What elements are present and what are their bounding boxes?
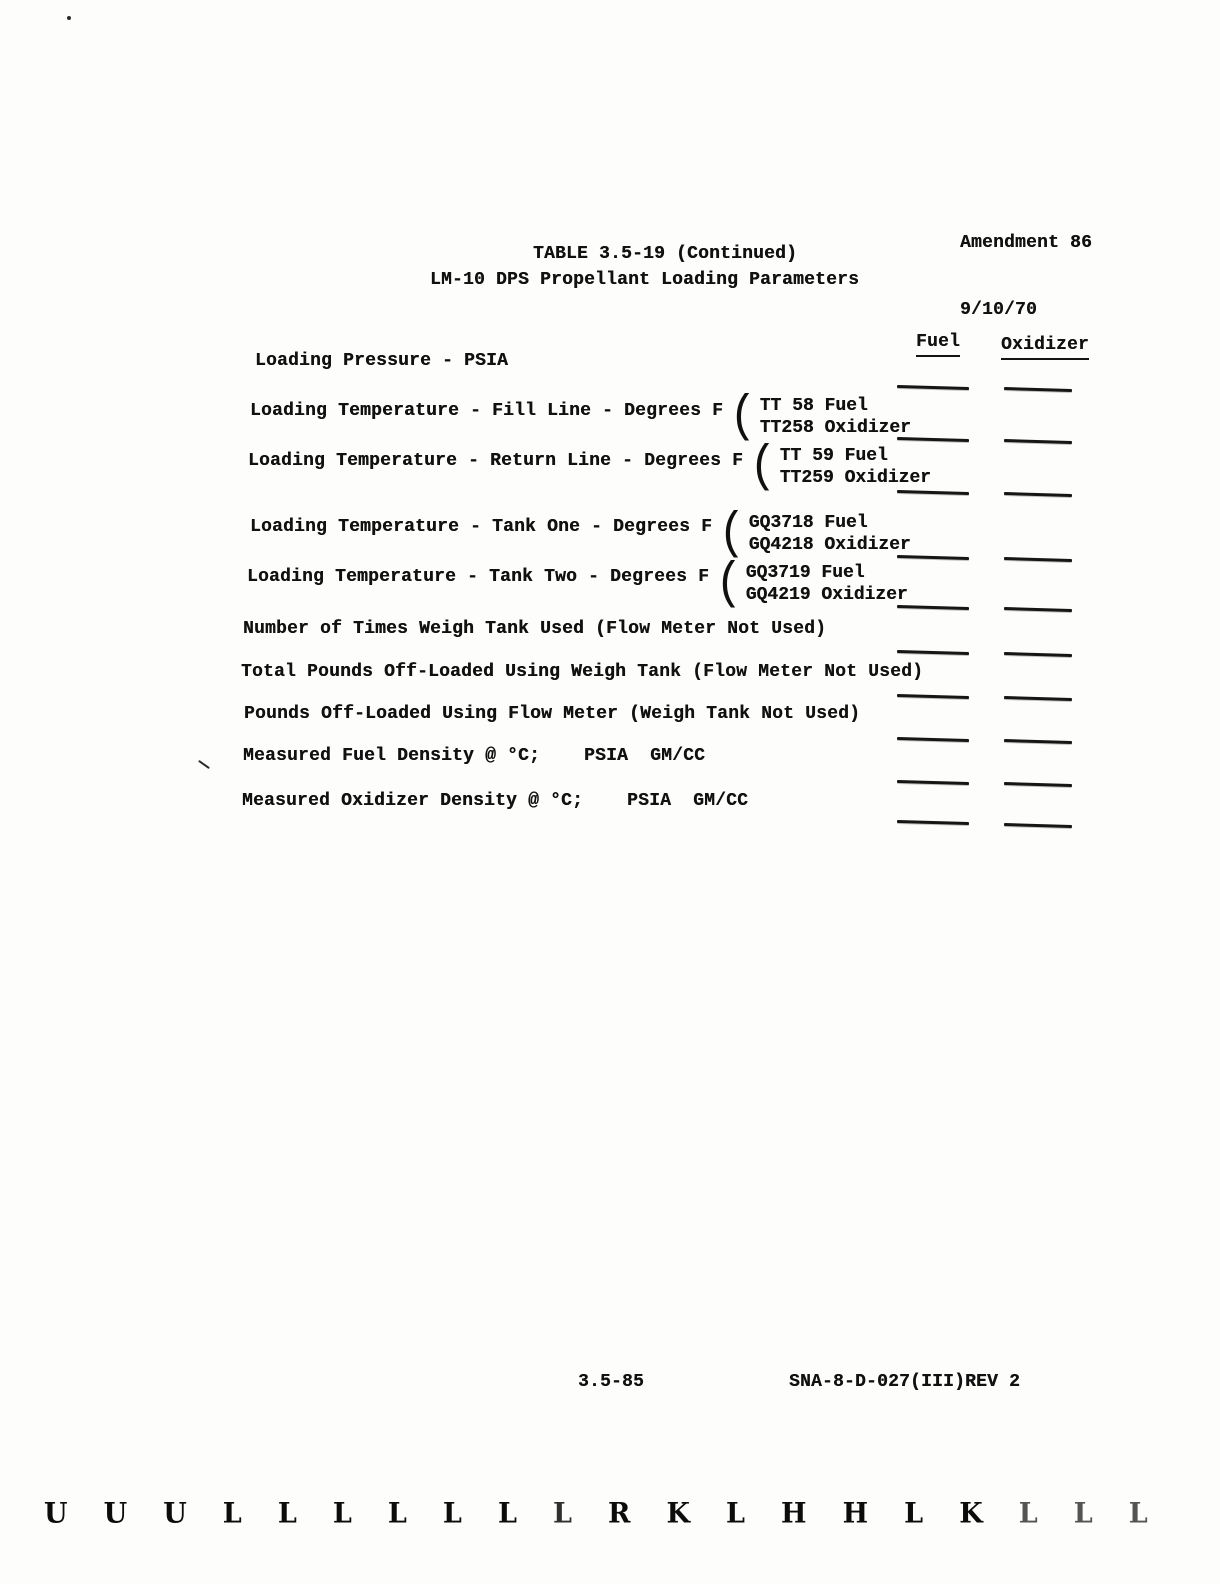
edge-mark: R xyxy=(608,1497,630,1530)
instrument-oxidizer: TT259 Oxidizer xyxy=(780,467,931,489)
instrument-fuel: GQ3719 Fuel xyxy=(746,562,908,584)
oxidizer-blank-line xyxy=(1004,607,1072,612)
scan-speck xyxy=(198,760,210,769)
oxidizer-blank-line xyxy=(1004,782,1072,787)
instrument-fuel: GQ3718 Fuel xyxy=(749,512,911,534)
fuel-blank-line xyxy=(897,737,969,742)
oxidizer-blank-line xyxy=(1004,739,1072,744)
brace-icon: ( xyxy=(749,443,777,491)
amendment-date: 9/10/70 xyxy=(960,299,1092,322)
edge-mark: L xyxy=(443,1497,462,1530)
oxidizer-blank-line xyxy=(1004,823,1072,828)
row-label: Loading Pressure - PSIA xyxy=(255,350,508,372)
edge-mark: H xyxy=(781,1497,807,1530)
oxidizer-blank-line xyxy=(1004,387,1072,392)
row-label: Measured Fuel Density @ °C; PSIA GM/CC xyxy=(243,745,705,767)
instrument-oxidizer: TT258 Oxidizer xyxy=(760,417,911,439)
column-header-fuel: Fuel xyxy=(916,331,960,357)
edge-mark: K xyxy=(667,1497,690,1530)
table-row: Measured Fuel Density @ °C; PSIA GM/CC xyxy=(243,745,705,767)
fuel-blank-line xyxy=(897,780,969,785)
row-label: Total Pounds Off-Loaded Using Weigh Tank… xyxy=(241,661,923,683)
edge-mark: L xyxy=(904,1497,923,1530)
table-row: Pounds Off-Loaded Using Flow Meter (Weig… xyxy=(244,703,860,725)
instrument-fuel: TT 58 Fuel xyxy=(760,395,911,417)
table-subtitle: LM-10 DPS Propellant Loading Parameters xyxy=(430,269,859,291)
oxidizer-blank-line xyxy=(1004,557,1072,562)
edge-mark: U xyxy=(44,1497,68,1530)
edge-mark: L xyxy=(1074,1497,1093,1530)
oxidizer-blank-line xyxy=(1004,439,1072,444)
table-row: Number of Times Weigh Tank Used (Flow Me… xyxy=(243,618,826,640)
row-label: Loading Temperature - Fill Line - Degree… xyxy=(250,400,723,422)
edge-mark: L xyxy=(1129,1497,1148,1530)
row-label: Number of Times Weigh Tank Used (Flow Me… xyxy=(243,618,826,640)
edge-mark: K xyxy=(959,1497,982,1530)
table-row: Loading Temperature - Return Line - Degr… xyxy=(248,450,931,494)
table-row: Measured Oxidizer Density @ °C; PSIA GM/… xyxy=(242,790,748,812)
table-row: Loading Temperature - Tank Two - Degrees… xyxy=(247,566,908,610)
row-label: Loading Temperature - Return Line - Degr… xyxy=(248,450,743,472)
amendment-number: Amendment 86 xyxy=(960,232,1092,255)
edge-mark: L xyxy=(388,1497,407,1530)
table-row: Loading Pressure - PSIA xyxy=(255,350,508,372)
brace-icon: ( xyxy=(729,393,757,441)
edge-mark: U xyxy=(104,1497,128,1530)
edge-mark: L xyxy=(498,1497,517,1530)
instrument-group: ( TT 58 Fuel TT258 Oxidizer xyxy=(729,395,911,439)
oxidizer-blank-line xyxy=(1004,492,1072,497)
bottom-edge-marks: U U U L L L L L L L R K L H H L K L L L xyxy=(44,1497,1148,1530)
document-number: SNA-8-D-027(III)REV 2 xyxy=(789,1371,1020,1393)
fuel-blank-line xyxy=(897,694,969,699)
fuel-blank-line xyxy=(897,490,969,495)
row-label: Measured Oxidizer Density @ °C; PSIA GM/… xyxy=(242,790,748,812)
fuel-blank-line xyxy=(897,385,969,390)
table-row: Total Pounds Off-Loaded Using Weigh Tank… xyxy=(241,661,923,683)
brace-icon: ( xyxy=(715,560,743,608)
instrument-group: ( TT 59 Fuel TT259 Oxidizer xyxy=(749,445,931,489)
edge-mark: H xyxy=(843,1497,869,1530)
row-label: Loading Temperature - Tank One - Degrees… xyxy=(250,516,712,538)
edge-mark: U xyxy=(163,1497,187,1530)
table-row: Loading Temperature - Tank One - Degrees… xyxy=(250,516,911,560)
page-number: 3.5-85 xyxy=(578,1371,644,1393)
brace-icon: ( xyxy=(718,510,746,558)
fuel-blank-line xyxy=(897,605,969,610)
instrument-group: ( GQ3718 Fuel GQ4218 Oxidizer xyxy=(718,512,911,556)
edge-mark: L xyxy=(223,1497,242,1530)
table-title: TABLE 3.5-19 (Continued) xyxy=(533,243,797,265)
edge-mark: L xyxy=(726,1497,745,1530)
oxidizer-blank-line xyxy=(1004,696,1072,701)
table-row: Loading Temperature - Fill Line - Degree… xyxy=(250,400,911,444)
instrument-fuel: TT 59 Fuel xyxy=(780,445,931,467)
edge-mark: L xyxy=(278,1497,297,1530)
instrument-group: ( GQ3719 Fuel GQ4219 Oxidizer xyxy=(715,562,908,606)
scan-speck xyxy=(67,16,71,20)
edge-mark: L xyxy=(333,1497,352,1530)
scanned-document-page: Amendment 86 9/10/70 TABLE 3.5-19 (Conti… xyxy=(0,0,1220,1584)
instrument-oxidizer: GQ4218 Oxidizer xyxy=(749,534,911,556)
row-label: Pounds Off-Loaded Using Flow Meter (Weig… xyxy=(244,703,860,725)
edge-mark: L xyxy=(1019,1497,1038,1530)
row-label: Loading Temperature - Tank Two - Degrees… xyxy=(247,566,709,588)
edge-mark: L xyxy=(553,1497,572,1530)
oxidizer-blank-line xyxy=(1004,652,1072,657)
fuel-blank-line xyxy=(897,820,969,825)
column-header-oxidizer: Oxidizer xyxy=(1001,334,1089,360)
fuel-blank-line xyxy=(897,650,969,655)
instrument-oxidizer: GQ4219 Oxidizer xyxy=(746,584,908,606)
